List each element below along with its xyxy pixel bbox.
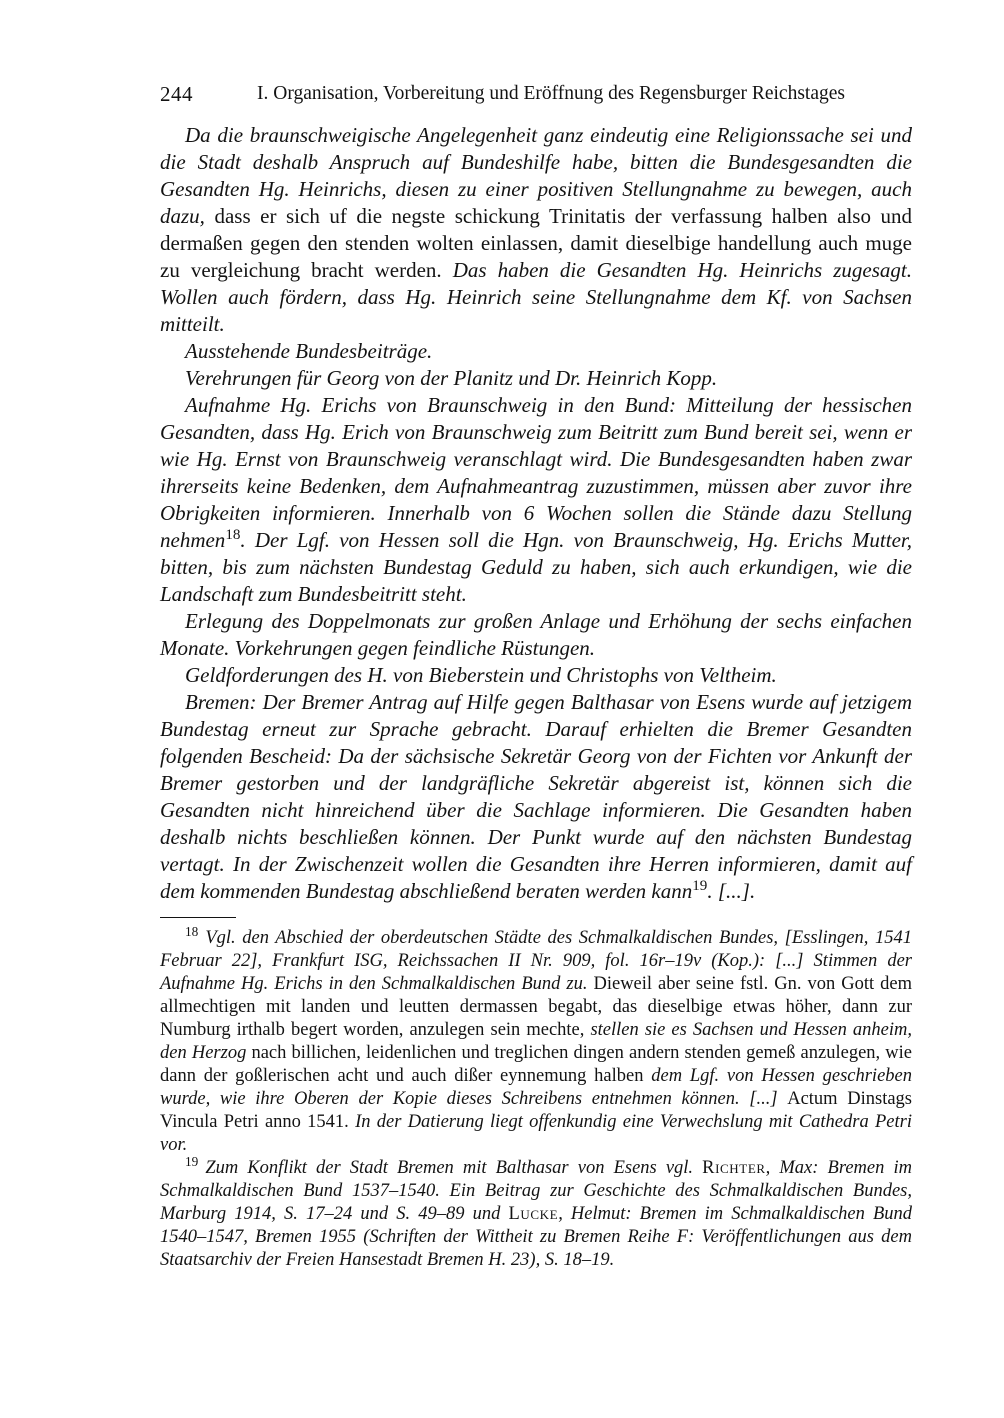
text-segment: Ausstehende Bundesbeiträge. bbox=[185, 339, 432, 363]
text-segment: Erlegung des Doppelmonats zur großen Anl… bbox=[160, 609, 912, 660]
footnote-marker: 18 bbox=[185, 924, 198, 939]
page-header: 244 I. Organisation, Vorbereitung und Er… bbox=[160, 82, 912, 108]
footnotes: 18Vgl. den Abschied der oberdeutschen St… bbox=[160, 927, 912, 1272]
text-segment: . Der Lgf. von Hessen soll die Hgn. von … bbox=[160, 528, 912, 606]
text-segment: Bremen: Der Bremer Antrag auf Hilfe gege… bbox=[160, 690, 912, 903]
page-number: 244 bbox=[160, 82, 193, 106]
running-title: I. Organisation, Vorbereitung und Eröffn… bbox=[160, 82, 912, 106]
footnote: 19Zum Konflikt der Stadt Bremen mit Balt… bbox=[160, 1157, 912, 1272]
text-segment: Richter bbox=[702, 1158, 765, 1178]
footnote-separator bbox=[160, 917, 236, 918]
text-segment: Geldforderungen des H. von Bieberstein u… bbox=[185, 663, 777, 687]
footnote-marker: 19 bbox=[185, 1154, 198, 1169]
text-segment: . [...]. bbox=[707, 879, 755, 903]
paragraph: Erlegung des Doppelmonats zur großen Anl… bbox=[160, 608, 912, 662]
main-text: Da die braunschweigische Angelegenheit g… bbox=[160, 122, 912, 905]
footnote-ref: 19 bbox=[692, 878, 707, 894]
text-segment: Lucke bbox=[508, 1204, 558, 1224]
text-segment: Zum Konflikt der Stadt Bremen mit Baltha… bbox=[205, 1158, 702, 1178]
text-segment: Verehrungen für Georg von der Planitz un… bbox=[185, 366, 717, 390]
paragraph: Verehrungen für Georg von der Planitz un… bbox=[160, 365, 912, 392]
paragraph: Bremen: Der Bremer Antrag auf Hilfe gege… bbox=[160, 689, 912, 905]
paragraph: Da die braunschweigische Angelegenheit g… bbox=[160, 122, 912, 338]
paragraph: Aufnahme Hg. Erichs von Braunschweig in … bbox=[160, 392, 912, 608]
book-page: 244 I. Organisation, Vorbereitung und Er… bbox=[0, 0, 1004, 1418]
paragraph: Ausstehende Bundesbeiträge. bbox=[160, 338, 912, 365]
footnote: 18Vgl. den Abschied der oberdeutschen St… bbox=[160, 927, 912, 1157]
paragraph: Geldforderungen des H. von Bieberstein u… bbox=[160, 662, 912, 689]
footnote-ref: 18 bbox=[225, 527, 240, 543]
